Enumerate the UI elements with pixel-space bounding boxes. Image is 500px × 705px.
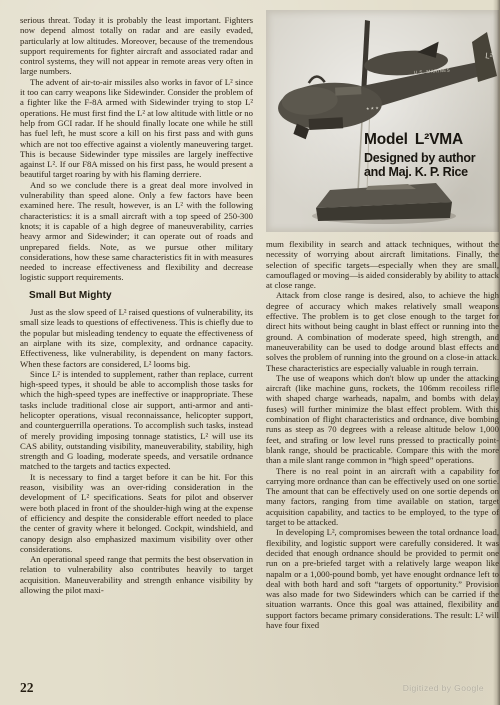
display-base: [312, 183, 456, 224]
model-aircraft-illustration: L² U.S. MARINES ★ ★ ★: [266, 10, 499, 232]
left-para-4: Just as the slow speed of L² raised ques…: [20, 307, 253, 369]
right-para-4: There is no real point in an aircraft wi…: [266, 466, 499, 528]
two-column-layout: serious threat. Today it is probably the…: [20, 10, 499, 630]
caption-line-1: Model L²VMA: [364, 132, 475, 149]
right-para-5: In developing L², compromises beween the…: [266, 527, 499, 630]
scanned-page: serious threat. Today it is probably the…: [0, 0, 500, 705]
svg-text:★ ★ ★: ★ ★ ★: [366, 105, 380, 111]
page-number: 22: [20, 680, 34, 696]
left-column: serious threat. Today it is probably the…: [20, 10, 253, 630]
left-para-1: serious threat. Today it is probably the…: [20, 15, 253, 77]
left-para-6: It is necessary to find a target before …: [20, 472, 253, 554]
caption-line-3: and Maj. K. P. Rice: [364, 166, 475, 180]
right-para-3: The use of weapons which don't blow up u…: [266, 373, 499, 466]
model-aircraft-photo: L² U.S. MARINES ★ ★ ★: [266, 10, 499, 232]
google-watermark: Digitized by Google: [403, 683, 484, 693]
caption-line-2: Designed by author: [364, 152, 475, 166]
left-para-2: The advent of air-to-air missiles also w…: [20, 77, 253, 180]
propeller-icon: [361, 20, 370, 96]
section-heading: Small But Mighty: [29, 291, 253, 301]
left-para-3: And so we conclude there is a great deal…: [20, 180, 253, 283]
left-para-7: An operational speed range that permits …: [20, 554, 253, 595]
right-column: L² U.S. MARINES ★ ★ ★: [266, 10, 499, 630]
right-para-2: Attack from close range is desired, also…: [266, 290, 499, 372]
photo-caption: Model L²VMA Designed by author and Maj. …: [364, 132, 475, 180]
left-para-5: Since L² is intended to supplement, rath…: [20, 369, 253, 472]
right-para-1: mum flexibility in search and attack tec…: [266, 239, 499, 290]
